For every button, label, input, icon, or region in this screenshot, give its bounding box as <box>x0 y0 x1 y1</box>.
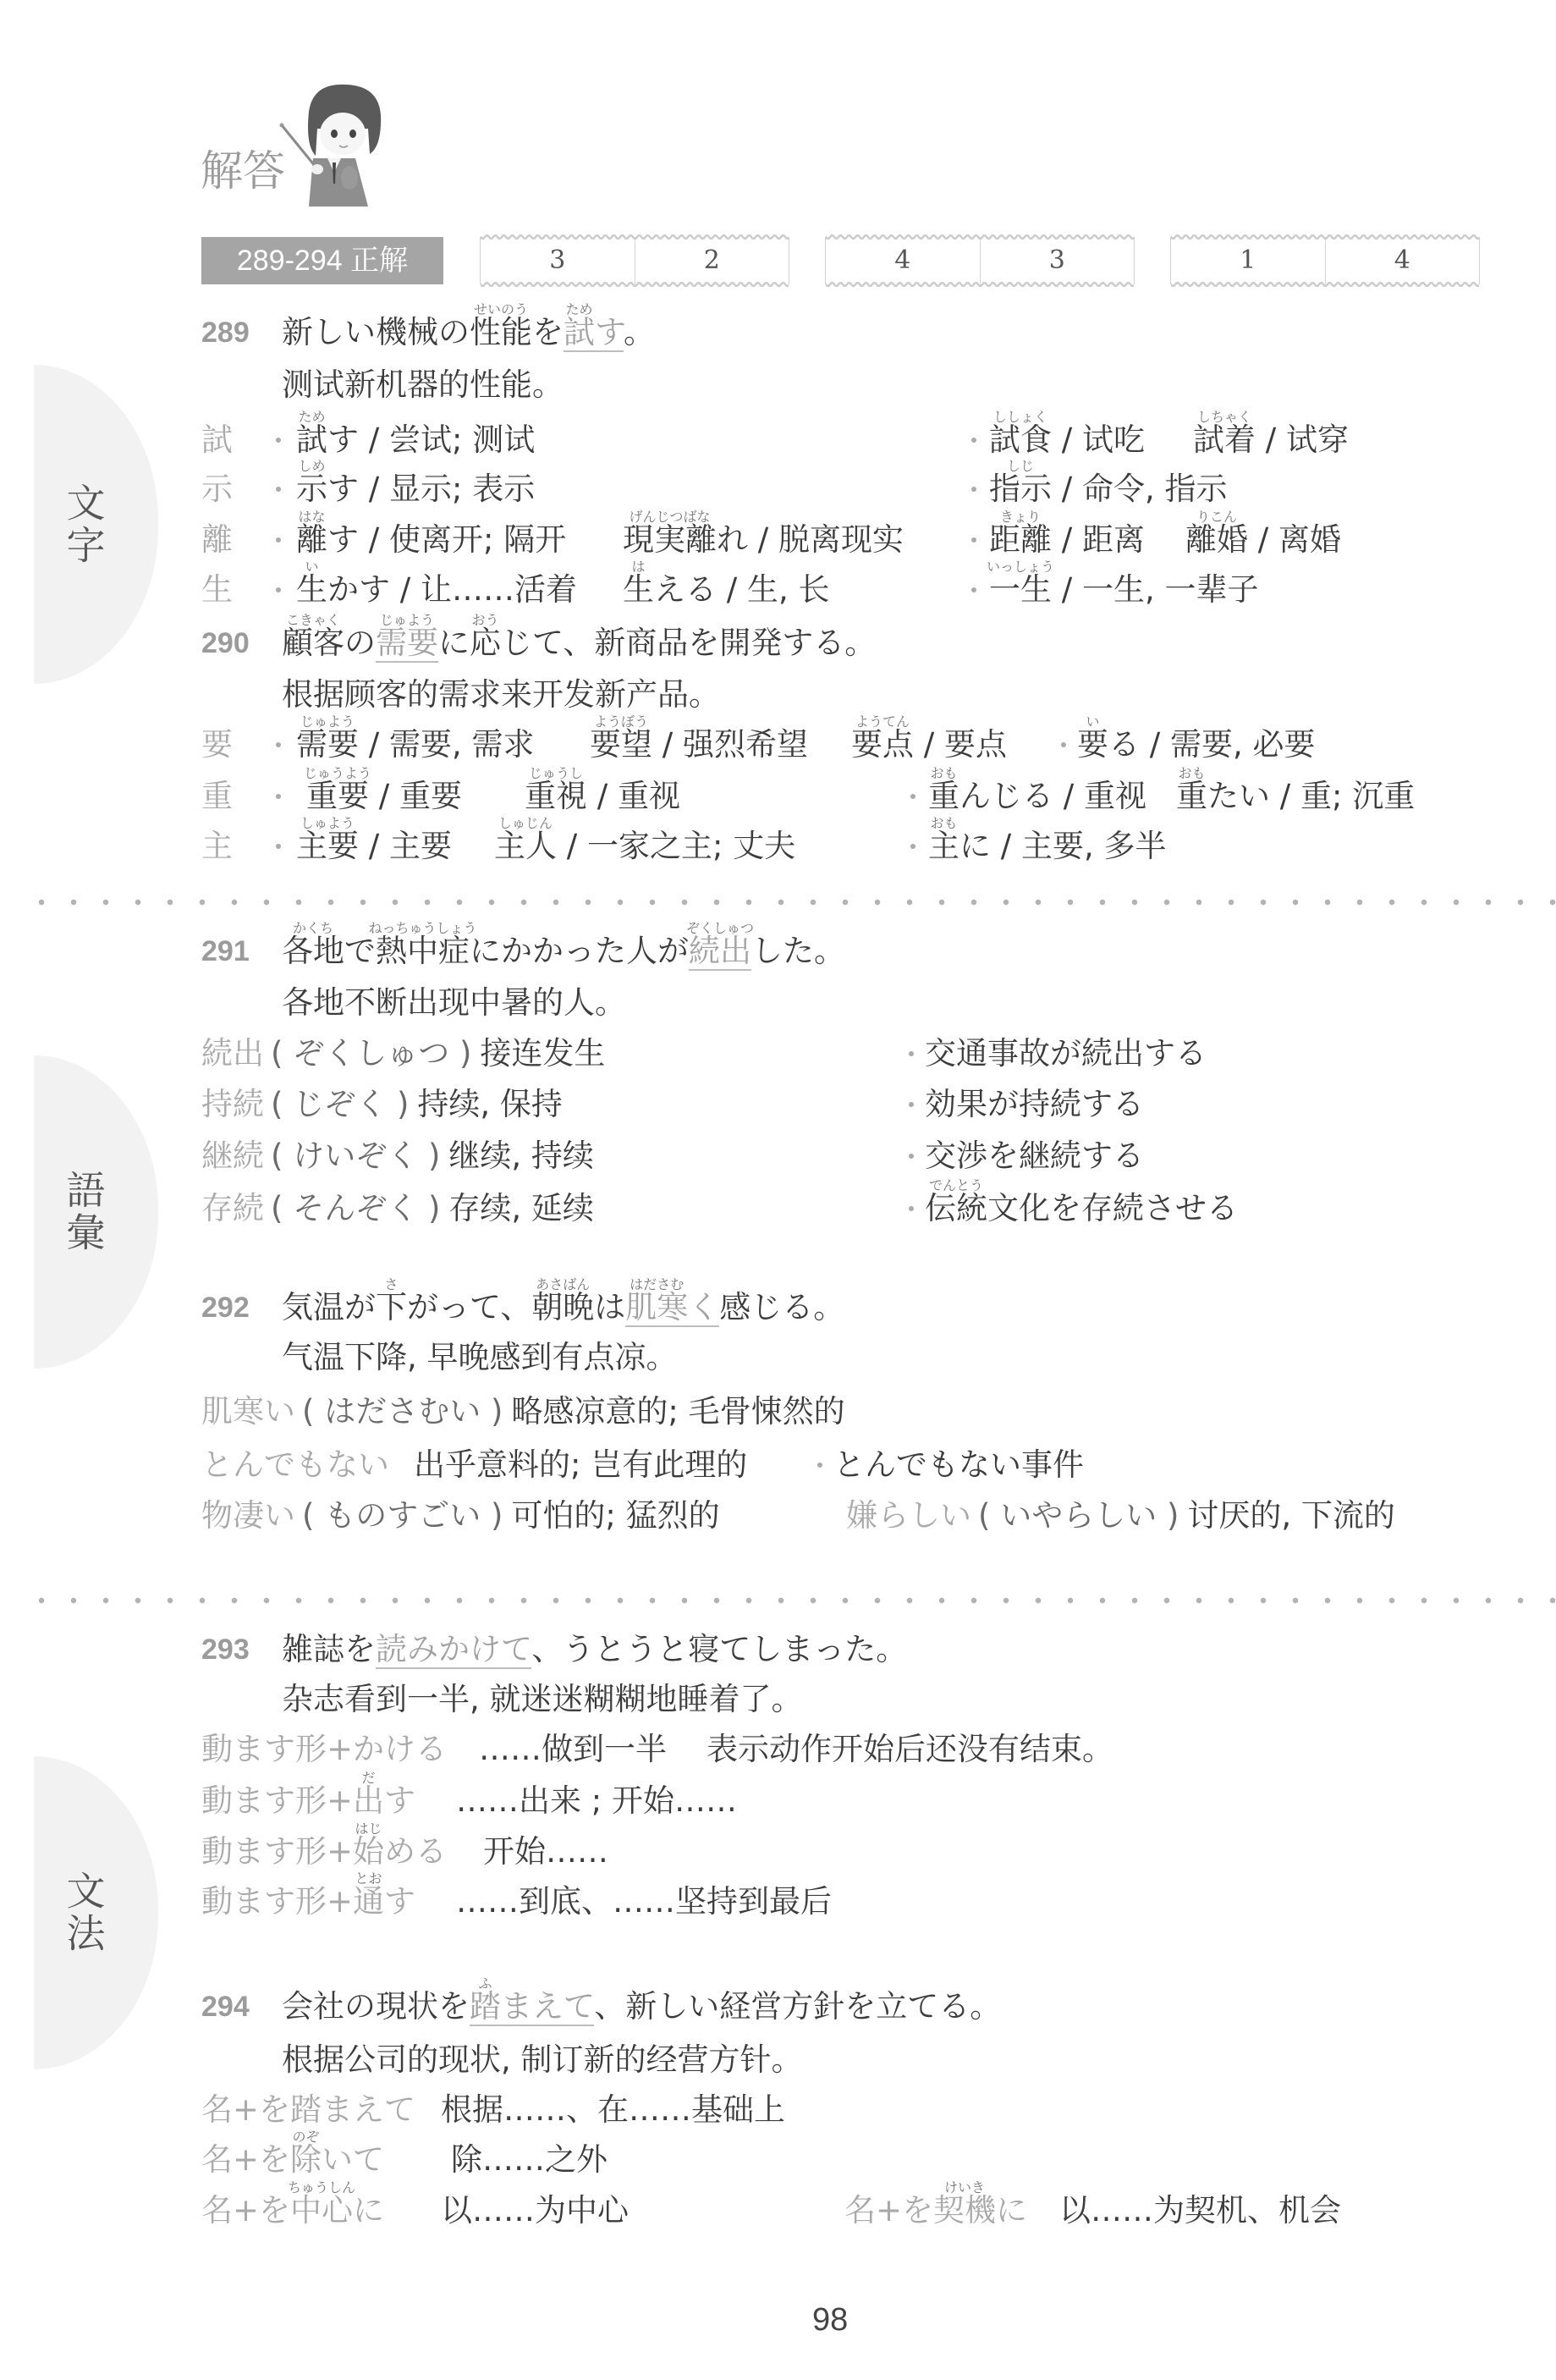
vocab-item: 重おもたい / 重; 沉重 <box>1176 778 1415 815</box>
vocab-term: 肌寒い <box>201 1393 295 1430</box>
ruby-word: 要い <box>1077 726 1108 763</box>
translation-row: 各地不断出现中暑的人。 <box>0 984 1556 1022</box>
ruby-word: 重おも <box>1176 778 1207 815</box>
ruby-reading: りこん <box>1196 510 1237 524</box>
grammar-row: 動ます形+かける ……做到一半 表示动作开始后还没有结束。 <box>0 1731 1556 1768</box>
vocab-term: 持続 <box>201 1086 264 1122</box>
ruby-word: 各地かくち <box>282 933 344 970</box>
ruby-reading: ぞくしゅつ <box>686 922 754 935</box>
ruby-reading: とお <box>355 1872 382 1886</box>
vocab-entry: 続出( ぞくしゅつ )接连发生 <box>201 1035 605 1072</box>
meaning: 试穿 <box>1286 421 1349 458</box>
ruby-base: 下 <box>376 1289 407 1325</box>
grammar-row: 名+を除のぞいて 除……之外 <box>0 2141 1556 2179</box>
meaning: 需要, 必要 <box>1170 726 1316 763</box>
text-part: 感じる。 <box>719 1289 844 1325</box>
ruby-base: 試食 <box>989 421 1052 458</box>
vocab-row: 継続( けいぞく )继续, 持续 交渉を継続する <box>0 1138 1556 1175</box>
ruby-reading: おも <box>930 817 957 830</box>
vocab-item: 試食ししょく / 试吃 <box>989 421 1145 459</box>
question-292: 292 気温が下さがって、朝晩あさばんは肌寒はださむく感じる。 <box>0 1289 1556 1326</box>
ruby-reading: のぞ <box>293 2130 320 2144</box>
ruby-reading: だ <box>362 1771 376 1785</box>
ruby-base: 需要 <box>376 625 438 661</box>
text-part: 読みかけて <box>376 1631 531 1667</box>
text-part: じて、新商品を開発する。 <box>501 625 876 661</box>
text-part: める <box>384 1833 447 1870</box>
bullet-icon <box>909 1206 914 1211</box>
meaning: 接连发生 <box>480 1035 605 1072</box>
vocab-row: 続出( ぞくしゅつ )接连发生 交通事故が続出する <box>0 1035 1556 1072</box>
grammar-row: 動ます形+出だす ……出来 ; 开始…… <box>0 1782 1556 1820</box>
ruby-reading: でんとう <box>929 1179 983 1193</box>
question-sentence: 各地かくちで熱中症ねっちゅうしょうにかかった人が続出ぞくしゅつした。 <box>282 933 845 970</box>
translation-row: 测试新机器的性能。 <box>0 366 1556 404</box>
ruby-word: 需要じゅよう <box>296 726 359 763</box>
grammar-row: 動ます形+始はじめる 开始…… <box>0 1833 1556 1870</box>
kanji-label: 要 <box>201 726 233 763</box>
vocab-reading: ( いやらしい ) <box>978 1497 1179 1534</box>
example-sentence: 交渉を継続する <box>925 1138 1144 1175</box>
kanji-row: 示 示しめす / 显示; 表示 指示しじ / 命令, 指示 <box>0 471 1556 508</box>
text-part: を <box>532 314 564 350</box>
example-sentence: とんでもない事件 <box>833 1446 1084 1484</box>
meaning: 持续, 保持 <box>417 1086 563 1122</box>
ruby-reading: は <box>631 560 645 574</box>
text-part: たい <box>1207 778 1270 814</box>
ruby-reading: はな <box>298 510 325 524</box>
translation-row: 根据公司的现状, 制订新的经营方针。 <box>0 2041 1556 2079</box>
ruby-base: 中心 <box>290 2192 353 2228</box>
text-part: に <box>996 2192 1027 2228</box>
ruby-reading: じゅよう <box>380 614 434 627</box>
vocab-term: 継続 <box>201 1138 264 1174</box>
vocab-reading: ( じぞく ) <box>271 1086 409 1122</box>
separator: / <box>748 521 778 558</box>
meaning: 脱离现实 <box>778 521 904 558</box>
separator: / <box>717 571 747 608</box>
text-part: に <box>353 2192 384 2228</box>
meaning: ……到底、……坚持到最后 <box>456 1883 832 1920</box>
bullet-icon <box>909 1154 914 1159</box>
question-sentence: 雑誌を読みかけて、うとうと寝てしまった。 <box>282 1631 907 1668</box>
meaning: 距离 <box>1082 521 1145 558</box>
ruby-word: 始はじ <box>353 1833 384 1870</box>
underlined-target-word: 踏ふまえて <box>470 1988 594 2026</box>
vocab-term: とんでもない <box>201 1446 389 1484</box>
separator: / <box>1052 521 1082 558</box>
text-part: にかかった人が <box>470 933 689 969</box>
kanji-label: 離 <box>201 521 233 559</box>
vocab-entry: 肌寒い( はださむい )略感凉意的; 毛骨悚然的 <box>201 1393 845 1430</box>
answer-cell-293: 1 <box>1171 237 1325 284</box>
translation: 根据公司的现状, 制订新的经营方针。 <box>282 2041 803 2079</box>
separator: / <box>359 521 389 558</box>
ruby-reading: はださむ <box>630 1278 684 1292</box>
separator: / <box>1052 471 1082 507</box>
example-sentence: 交通事故が続出する <box>925 1035 1207 1072</box>
text-part: 交渉を継続する <box>925 1138 1144 1174</box>
ruby-reading: きょり <box>1000 510 1041 524</box>
separator: / <box>1248 521 1278 558</box>
meaning: 以……为中心 <box>441 2192 629 2229</box>
text-part: 、うとうと寝てしまった。 <box>531 1631 907 1667</box>
ruby-word: 続出ぞくしゅつ <box>689 933 751 970</box>
ruby-word: 離はな <box>296 521 327 559</box>
ruby-base: 始 <box>353 1833 384 1870</box>
example-sentence: 効果が持続する <box>925 1086 1144 1123</box>
vocab-item: 離婚りこん / 离婚 <box>1185 521 1341 559</box>
ruby-base: 現実離 <box>623 521 717 558</box>
meaning: 可怕的; 猛烈的 <box>511 1497 719 1534</box>
ruby-reading: はじ <box>355 1822 382 1836</box>
vocab-item: 試ためす / 尝试; 测试 <box>296 421 535 459</box>
ruby-reading: おう <box>471 614 498 627</box>
meaning: 一家之主; 丈夫 <box>587 828 795 864</box>
ruby-word: 生は <box>623 571 654 609</box>
answer-group-3: 1 4 <box>1170 237 1480 284</box>
ruby-reading: い <box>1086 715 1099 729</box>
bullet-icon <box>971 537 976 543</box>
ruby-base: 離婚 <box>1185 521 1248 558</box>
text-part: がって、 <box>407 1289 531 1325</box>
page-number: 98 <box>812 2302 848 2339</box>
text-part: んじる <box>959 778 1053 814</box>
text-part: 新しい機械の <box>282 314 470 350</box>
dotted-divider <box>25 898 1556 906</box>
vocab-entry: 物凄い( ものすごい )可怕的; 猛烈的 <box>201 1497 720 1534</box>
ruby-base: 重 <box>928 778 959 814</box>
ruby-word: 出だ <box>353 1782 384 1820</box>
answer-range-label: 289-294 正解 <box>201 237 443 284</box>
ruby-word: 下さ <box>376 1289 407 1326</box>
text-part: 動ます形+ <box>201 1782 353 1819</box>
question-number: 293 <box>201 1631 250 1668</box>
meaning: 出乎意料的; 岂有此理的 <box>414 1446 747 1484</box>
ruby-word: 重要じゅうよう <box>306 778 369 815</box>
vocab-entry: 持続( じぞく )持续, 保持 <box>201 1086 563 1123</box>
grammar-row: 名+を踏まえて 根据……、在……基础上 <box>0 2091 1556 2129</box>
ruby-base: 重 <box>1176 778 1207 814</box>
ruby-word: 需要じゅよう <box>376 625 438 662</box>
ruby-reading: しゅよう <box>300 817 355 830</box>
ruby-reading: いっしょう <box>987 560 1054 574</box>
vocab-item: 現実離げんじつばなれ / 脱离现实 <box>623 521 904 559</box>
grammar-pattern: 動ます形+かける <box>201 1731 447 1768</box>
vocab-item: 試着しちゃく / 试穿 <box>1193 421 1349 459</box>
kanji-row: 重 重要じゅうよう / 重要 重視じゅうし / 重视 重おもんじる / 重视 重… <box>0 778 1556 815</box>
text-part: く <box>688 1289 719 1325</box>
ruby-base: 主人 <box>494 828 557 864</box>
question-294: 294 会社の現状を踏ふまえて、新しい経営方針を立てる。 <box>0 1988 1556 2025</box>
meaning: ……做到一半 <box>479 1731 667 1768</box>
separator: / <box>390 571 421 608</box>
text-part: す <box>384 1883 415 1920</box>
meaning: 重; 沉重 <box>1300 778 1415 814</box>
text-part: 文化を存続させる <box>987 1190 1238 1226</box>
kanji-label: 示 <box>201 471 233 508</box>
ruby-reading: さ <box>384 1278 398 1292</box>
vocab-item: 主要しゅよう / 主要 <box>296 828 452 865</box>
meaning: 让……活着 <box>421 571 577 608</box>
ruby-word: 主人しゅじん <box>494 828 557 865</box>
ruby-base: 重視 <box>525 778 587 814</box>
bullet-icon <box>1061 742 1066 747</box>
bullet-icon <box>817 1463 822 1468</box>
ruby-base: 続出 <box>689 933 751 969</box>
text-part: 。 <box>624 314 655 350</box>
ruby-reading: ちゅうしん <box>288 2181 355 2195</box>
vocab-term: 続出 <box>201 1035 264 1072</box>
meaning: 讨厌的, 下流的 <box>1187 1497 1395 1534</box>
question-293: 293 雑誌を読みかけて、うとうと寝てしまった。 <box>0 1631 1556 1668</box>
ruby-base: 離 <box>296 521 327 558</box>
ruby-word: 試着しちゃく <box>1193 421 1256 459</box>
answer-group-2: 4 3 <box>825 237 1135 284</box>
vocab-item: 生いかす / 让……活着 <box>296 571 577 609</box>
question-290: 290 顧客こきゃくの需要じゅように応おうじて、新商品を開発する。 <box>0 625 1556 662</box>
ruby-reading: い <box>305 560 318 574</box>
question-289: 289 新しい機械の性能せいのうを試ためす。 <box>0 314 1556 351</box>
translation-row: 气温下降, 早晚感到有点凉。 <box>0 1339 1556 1376</box>
text-part: いて <box>322 2141 384 2178</box>
ruby-reading: あさばん <box>536 1278 590 1292</box>
text-part: 、新しい経営方針を立てる。 <box>594 1988 1001 2025</box>
ruby-reading: ねっちゅうしょう <box>368 922 476 935</box>
grammar-pattern: 動ます形+始はじめる <box>201 1833 447 1870</box>
meaning: 除……之外 <box>451 2141 608 2179</box>
vocab-item: 離はなす / 使离开; 隔开 <box>296 521 566 559</box>
ruby-base: 各地 <box>282 933 344 969</box>
text-part: 動ます形+かける <box>201 1731 447 1767</box>
ruby-word: 離婚りこん <box>1185 521 1248 559</box>
ruby-base: 通 <box>353 1883 384 1920</box>
ruby-reading: ようてん <box>855 715 910 729</box>
ruby-word: 顧客こきゃく <box>282 625 344 662</box>
bullet-icon <box>910 794 915 799</box>
ruby-reading: しちゃく <box>1197 410 1251 424</box>
ruby-word: 試ため <box>296 421 327 459</box>
kanji-label: 試 <box>201 421 233 459</box>
ruby-reading: しじ <box>1007 460 1034 473</box>
ruby-base: 示 <box>296 471 327 507</box>
underlined-target-word: 続出ぞくしゅつ <box>689 933 751 971</box>
meaning: 以……为契机、机会 <box>1059 2192 1341 2229</box>
vocab-term: 物凄い <box>201 1497 295 1534</box>
dotted-divider <box>25 1596 1556 1605</box>
text-part: す <box>384 1782 415 1819</box>
grammar-pattern: 名+を除のぞいて <box>201 2141 384 2179</box>
text-part: まえて <box>501 1988 594 2025</box>
ruby-base: 試 <box>564 314 595 350</box>
vocab-item: 要望ようぼう / 强烈希望 <box>590 726 808 763</box>
ruby-base: 主 <box>928 828 959 864</box>
ruby-reading: しめ <box>298 460 325 473</box>
ruby-base: 重要 <box>306 778 369 814</box>
vocab-item: 要点ようてん / 要点 <box>851 726 1007 763</box>
bullet-icon <box>909 1051 914 1056</box>
ruby-base: 除 <box>290 2141 322 2178</box>
text-part: す <box>327 421 359 458</box>
meaning: 根据……、在……基础上 <box>441 2091 785 2129</box>
ruby-base: 伝統 <box>925 1190 987 1226</box>
ruby-reading: こきゃく <box>286 614 340 627</box>
ruby-base: 性能 <box>470 314 532 350</box>
meaning: ……出来 ; 开始…… <box>456 1782 737 1820</box>
vocab-item: 距離きょり / 距离 <box>989 521 1145 559</box>
separator: / <box>359 828 389 864</box>
underlined-target-word: 肌寒はださむく <box>625 1289 719 1327</box>
question-291: 291 各地かくちで熱中症ねっちゅうしょうにかかった人が続出ぞくしゅつした。 <box>0 933 1556 970</box>
text-part: 名+を <box>201 2192 290 2228</box>
grammar-pattern: 動ます形+通とおす <box>201 1883 415 1920</box>
vocab-row: 物凄い( ものすごい )可怕的; 猛烈的 嫌らしい( いやらしい )讨厌的, 下… <box>0 1497 1556 1534</box>
question-number: 291 <box>201 933 250 970</box>
vocab-row: 持続( じぞく )持续, 保持 効果が持続する <box>0 1086 1556 1123</box>
underlined-target-word: 読みかけて <box>376 1631 531 1669</box>
text-part: 雑誌を <box>282 1631 376 1667</box>
meaning: 继续, 持续 <box>448 1138 594 1174</box>
grammar-row: 動ます形+通とおす ……到底、……坚持到最后 <box>0 1883 1556 1920</box>
vocab-item: 重視じゅうし / 重视 <box>525 778 680 815</box>
ruby-base: 朝晩 <box>531 1289 594 1325</box>
separator: / <box>369 778 399 814</box>
kanji-label: 重 <box>201 778 233 815</box>
translation: 气温下降, 早晚感到有点凉。 <box>282 1339 678 1376</box>
ruby-word: 踏ふ <box>470 1988 501 2025</box>
meaning: 主要, 多半 <box>1021 828 1167 864</box>
meaning: 略感凉意的; 毛骨悚然的 <box>511 1393 844 1430</box>
text-part: す <box>595 314 624 350</box>
ruby-base: 試着 <box>1193 421 1256 458</box>
ruby-base: 生 <box>623 571 654 608</box>
text-part: 名+を <box>844 2192 933 2228</box>
ruby-word: 要望ようぼう <box>590 726 652 763</box>
vocab-entry: 継続( けいぞく )继续, 持续 <box>201 1138 594 1175</box>
vocab-item: 一生いっしょう / 一生, 一辈子 <box>989 571 1259 609</box>
ruby-word: 通とお <box>353 1883 384 1920</box>
kanji-row: 離 離はなす / 使离开; 隔开 現実離げんじつばなれ / 脱离现实 距離きょり… <box>0 521 1556 559</box>
ruby-word: 重おも <box>928 778 959 815</box>
grammar-pattern: 名+を踏まえて <box>201 2091 415 2129</box>
grammar-pattern: 動ます形+出だす <box>201 1782 415 1820</box>
vocab-item: 示しめす / 显示; 表示 <box>296 471 535 508</box>
bullet-icon <box>276 537 281 543</box>
text-part: に <box>959 828 991 864</box>
vocab-reading: ( ぞくしゅつ ) <box>271 1035 471 1072</box>
ruby-word: 性能せいのう <box>470 314 532 351</box>
grammar-note: 表示动作开始后还没有结束。 <box>707 1731 1113 1768</box>
ruby-base: 出 <box>353 1782 384 1819</box>
ruby-word: 応おう <box>470 625 501 662</box>
text-part: 名+を踏まえて <box>201 2091 415 2128</box>
meaning: 离婚 <box>1278 521 1341 558</box>
text-part: で <box>344 933 376 969</box>
text-part: れ <box>717 521 748 558</box>
text-part: える <box>654 571 717 608</box>
ruby-reading: じゅうよう <box>304 767 371 780</box>
text-part: る <box>1108 726 1140 763</box>
teacher-girl-illustration <box>275 78 393 209</box>
translation: 各地不断出现中暑的人。 <box>282 984 626 1022</box>
question-number: 292 <box>201 1289 250 1326</box>
vocab-entry: 嫌らしい( いやらしい )讨厌的, 下流的 <box>846 1497 1395 1534</box>
underlined-target-word: 需要じゅよう <box>376 625 438 663</box>
ruby-reading: ふ <box>478 1977 492 1991</box>
text-part: 動ます形+ <box>201 1883 353 1920</box>
bullet-icon <box>276 487 281 492</box>
bullet-icon <box>276 794 281 799</box>
meaning: 重视 <box>1084 778 1146 814</box>
kanji-row: 主 主要しゅよう / 主要 主人しゅじん / 一家之主; 丈夫 主おもに / 主… <box>0 828 1556 865</box>
ruby-reading: せいのう <box>474 303 528 317</box>
grammar-pattern: 名+を契機けいきに <box>844 2192 1027 2229</box>
ruby-base: 熱中症 <box>376 933 470 969</box>
ruby-reading: じゅうし <box>529 767 583 780</box>
vocab-entry: 存続( そんぞく )存续, 延续 <box>201 1190 594 1227</box>
ruby-word: 生い <box>296 571 327 609</box>
ruby-reading: ため <box>565 303 592 317</box>
ruby-base: 主要 <box>296 828 359 864</box>
ruby-reading: じゅよう <box>300 715 355 729</box>
separator: / <box>1052 571 1082 608</box>
vocab-term: 嫌らしい <box>846 1497 971 1534</box>
question-number: 290 <box>201 625 250 662</box>
translation-row: 杂志看到一半, 就迷迷糊糊地睡着了。 <box>0 1681 1556 1718</box>
vocab-row: 存続( そんぞく )存续, 延续 伝統でんとう文化を存続させる <box>0 1190 1556 1227</box>
ruby-word: 示しめ <box>296 471 327 508</box>
ruby-base: 需要 <box>296 726 359 763</box>
ruby-word: 主要しゅよう <box>296 828 359 865</box>
text-part: す <box>327 471 359 507</box>
meaning: 尝试; 测试 <box>389 421 535 458</box>
ruby-reading: おも <box>930 767 957 780</box>
text-part: 交通事故が続出する <box>925 1035 1207 1072</box>
meaning: 命令, 指示 <box>1082 471 1228 507</box>
bullet-icon <box>276 587 281 592</box>
translation-row: 根据顾客的需求来开发新产品。 <box>0 676 1556 713</box>
answer-cell-291: 4 <box>826 237 980 284</box>
question-sentence: 気温が下さがって、朝晩あさばんは肌寒はださむく感じる。 <box>282 1289 844 1326</box>
meaning: 需要, 需求 <box>389 726 535 763</box>
text-part: した。 <box>751 933 845 969</box>
vocab-item: 重おもんじる / 重视 <box>928 778 1146 815</box>
bullet-icon <box>276 438 281 443</box>
ruby-base: 距離 <box>989 521 1052 558</box>
text-part: の <box>344 625 376 661</box>
ruby-base: 契機 <box>933 2192 996 2228</box>
ruby-word: 中心ちゅうしん <box>290 2192 353 2229</box>
separator: / <box>557 828 587 864</box>
bullet-icon <box>971 438 976 443</box>
underlined-target-word: 試ためす <box>564 314 624 352</box>
ruby-word: 熱中症ねっちゅうしょう <box>376 933 470 970</box>
meaning: 重视 <box>618 778 680 814</box>
separator: / <box>914 726 944 763</box>
ruby-word: 主おも <box>928 828 959 865</box>
text-part: 動ます形+ <box>201 1833 353 1870</box>
ruby-word: 要点ようてん <box>851 726 914 763</box>
separator: / <box>1052 421 1082 458</box>
translation: 杂志看到一半, 就迷迷糊糊地睡着了。 <box>282 1681 803 1718</box>
vocab-reading: ( はださむい ) <box>302 1393 503 1430</box>
bullet-icon <box>276 844 281 849</box>
ruby-base: 一生 <box>989 571 1052 608</box>
vocab-reading: ( そんぞく ) <box>271 1190 440 1226</box>
separator: / <box>991 828 1021 864</box>
meaning: 要点 <box>944 726 1007 763</box>
meaning: 强烈希望 <box>683 726 808 763</box>
